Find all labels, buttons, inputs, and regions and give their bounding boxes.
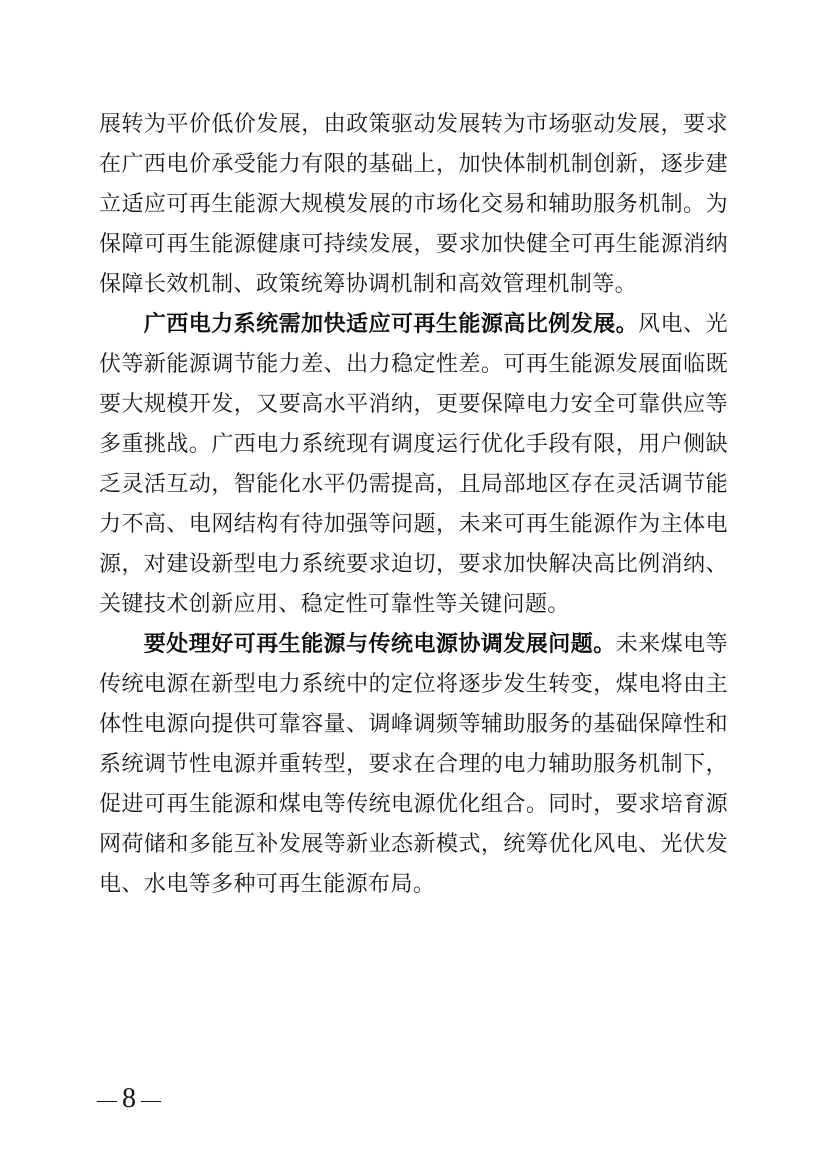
page-number: 8 <box>122 1085 136 1115</box>
paragraph-text: 展转为平价低价发展，由政策驱动发展转为市场驱动发展，要求在广西电价承受能力有限的… <box>99 111 728 296</box>
paragraph-power-system-adaptation: 广西电力系统需加快适应可再生能源高比例发展。风电、光伏等新能源调节能力差、出力稳… <box>99 304 728 624</box>
paragraph-lead-bold: 要处理好可再生能源与传统电源协调发展问题。 <box>144 631 616 656</box>
footer-dash-left: — <box>97 1090 117 1110</box>
page-footer: — 8 — <box>97 1086 161 1114</box>
document-page: 展转为平价低价发展，由政策驱动发展转为市场驱动发展，要求在广西电价承受能力有限的… <box>0 0 826 1169</box>
paragraph-continuation: 展转为平价低价发展，由政策驱动发展转为市场驱动发展，要求在广西电价承受能力有限的… <box>99 104 728 304</box>
paragraph-lead-bold: 广西电力系统需加快适应可再生能源高比例发展。 <box>144 311 638 336</box>
footer-dash-right: — <box>141 1090 161 1110</box>
paragraph-text: 风电、光伏等新能源调节能力差、出力稳定性差。可再生能源发展面临既要大规模开发，又… <box>99 311 728 616</box>
paragraph-text: 未来煤电等传统电源在新型电力系统中的定位将逐步发生转变，煤电将由主体性电源向提供… <box>99 631 728 896</box>
body-text-block: 展转为平价低价发展，由政策驱动发展转为市场驱动发展，要求在广西电价承受能力有限的… <box>99 104 728 904</box>
paragraph-coordinated-development: 要处理好可再生能源与传统电源协调发展问题。未来煤电等传统电源在新型电力系统中的定… <box>99 624 728 904</box>
